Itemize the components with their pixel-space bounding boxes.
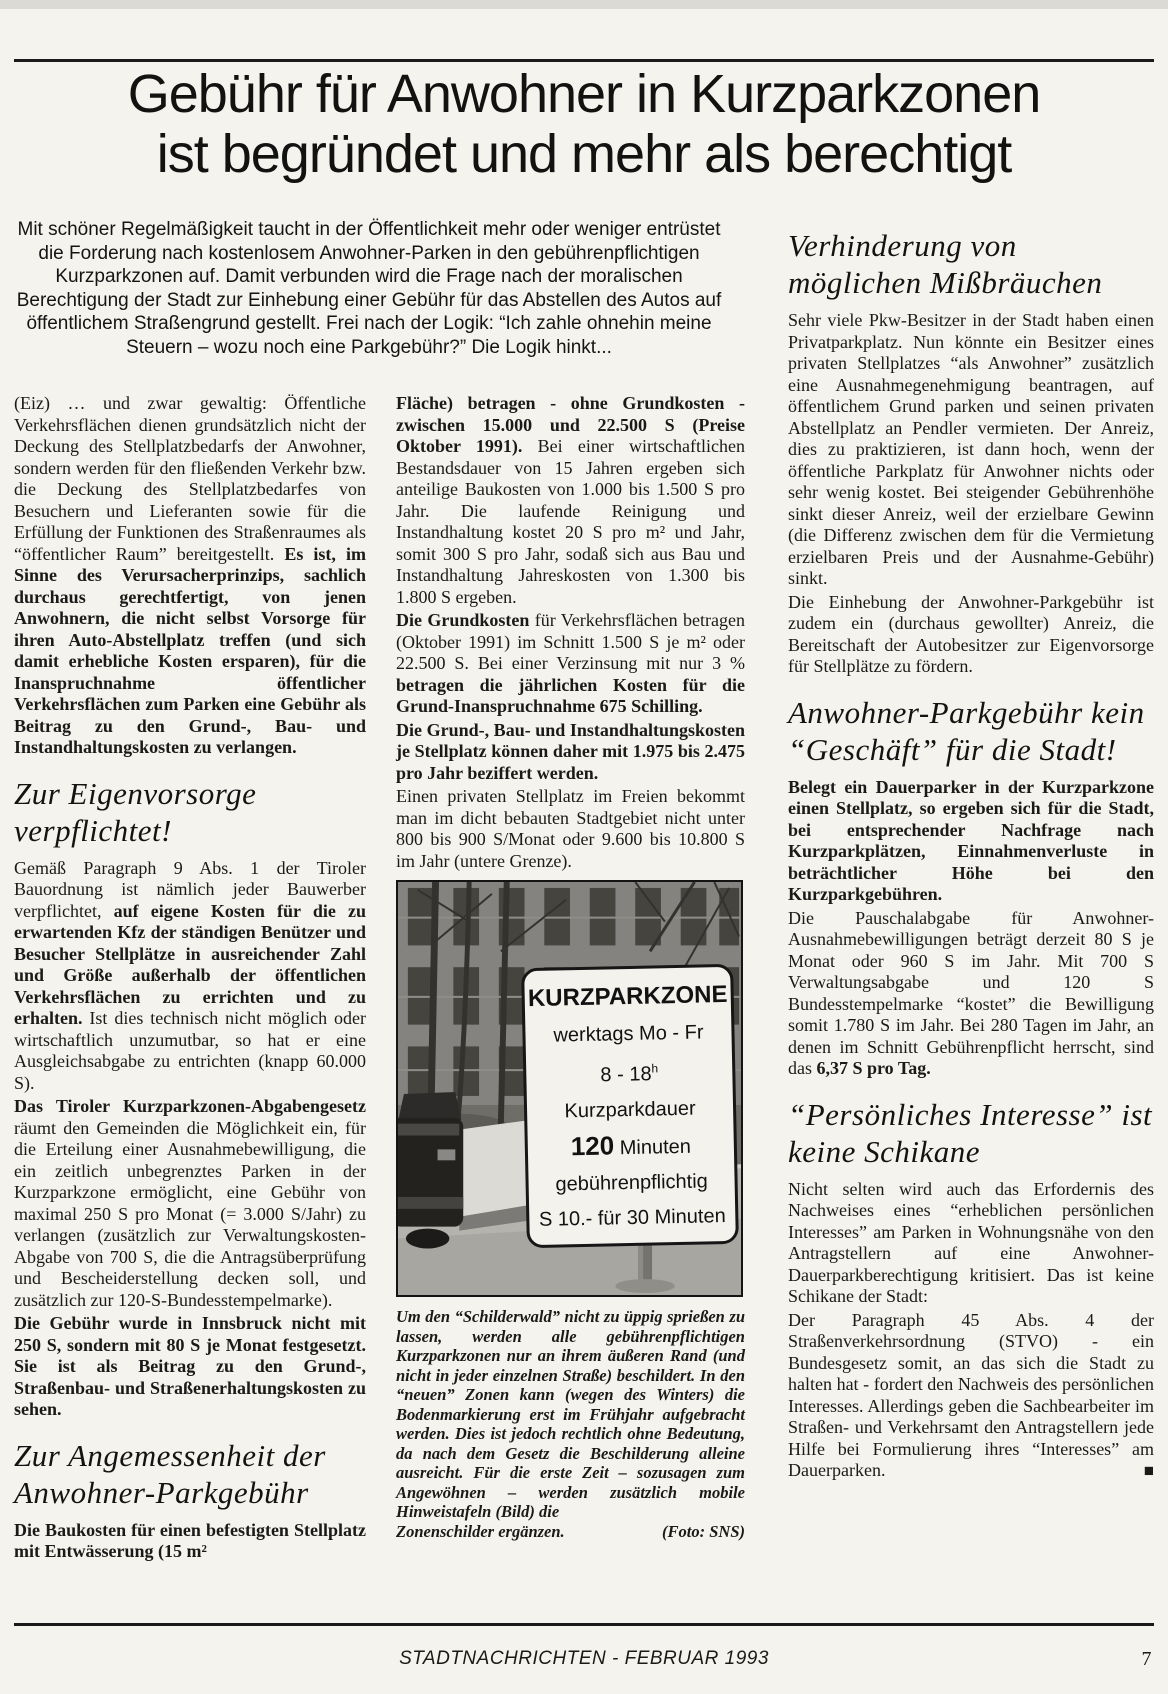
paragraph: Der Paragraph 45 Abs. 4 der Straßenverke… [788, 1310, 1154, 1482]
paragraph: Die Einhebung der Anwohner-Parkgebühr is… [788, 592, 1154, 678]
paragraph: Die Gebühr wurde in Innsbruck nicht mit … [14, 1313, 366, 1421]
section-heading: Anwohner-Parkgebühr kein “Geschäft” für … [788, 694, 1154, 768]
photo-caption-last-line: Zonenschilder ergänzen. (Foto: SNS) [396, 1522, 745, 1542]
paragraph: Fläche) betragen - ohne Grundkosten - zw… [396, 393, 745, 608]
paragraph: Die Grund-, Bau- und Instandhaltungskost… [396, 720, 745, 785]
scan-edge-band [0, 0, 1168, 9]
sign-weekdays: werktags Mo - Fr [525, 1015, 732, 1054]
paragraph: Das Tiroler Kurzparkzonen-Abgabengesetz … [14, 1096, 366, 1311]
paragraph: (Eiz) … und zwar gewaltig: Öffentliche V… [14, 393, 366, 759]
paragraph: Die Baukosten für einen befestigten Stel… [14, 1520, 366, 1563]
paragraph: Nicht selten wird auch das Erfordernis d… [788, 1179, 1154, 1308]
column-right: Verhinderung von möglichen MißbräuchenSe… [788, 227, 1154, 1484]
column-middle-text: Fläche) betragen - ohne Grundkosten - zw… [396, 393, 745, 872]
paragraph: Gemäß Paragraph 9 Abs. 1 der Tiroler Bau… [14, 858, 366, 1095]
journal-name: STADTNACHRICHTEN - FEBRUAR 1993 [399, 1648, 769, 1669]
column-left: (Eiz) … und zwar gewaltig: Öffentliche V… [14, 393, 366, 1565]
photo-caption-end: Zonenschilder ergänzen. [396, 1522, 565, 1542]
paragraph: Einen privaten Stellplatz im Freien beko… [396, 786, 745, 872]
section-heading: Zur Eigenvorsorge verpflichtet! [14, 775, 366, 849]
page-number: 7 [1142, 1648, 1153, 1671]
sign-hours: 8 - 18h [526, 1050, 733, 1095]
headline-line-1: Gebühr für Anwohner in Kurzparkzonen [0, 64, 1168, 124]
newspaper-page: Gebühr für Anwohner in Kurzparkzonen ist… [0, 0, 1168, 1694]
column-middle: Fläche) betragen - ohne Grundkosten - zw… [396, 393, 745, 1541]
article-photo: KURZPARKZONE werktags Mo - Fr 8 - 18h Ku… [396, 880, 743, 1297]
section-heading: Zur Angemessenheit der Anwohner-Parkgebü… [14, 1437, 366, 1511]
footer-rule [14, 1623, 1154, 1626]
page-footer: STADTNACHRICHTEN - FEBRUAR 1993 7 [0, 1648, 1168, 1670]
paragraph: Die Grundkosten für Verkehrsflächen betr… [396, 610, 745, 718]
headline-line-2: ist begründet und mehr als berechtigt [0, 124, 1168, 184]
sign-title: KURZPARKZONE [524, 980, 731, 1014]
paragraph: Die Pauschalabgabe für Anwohner-Ausnahme… [788, 908, 1154, 1080]
photo-caption: Um den “Schilderwald” nicht zu üppig spr… [396, 1307, 745, 1522]
article-headline: Gebühr für Anwohner in Kurzparkzonen ist… [0, 64, 1168, 184]
paragraph: Sehr viele Pkw-Besitzer in der Stadt hab… [788, 310, 1154, 590]
sign-fee-value: S 10.- für 30 Minuten [529, 1198, 736, 1237]
sign-duration-value: 120 Minuten [527, 1125, 734, 1167]
photo-credit: (Foto: SNS) [662, 1522, 745, 1542]
section-heading: “Persönliches Interesse” ist keine Schik… [788, 1096, 1154, 1170]
top-rule [14, 59, 1154, 62]
article-lead: Mit schöner Regelmäßigkeit taucht in der… [16, 218, 722, 359]
sign-fee-label: gebührenpflichtig [528, 1163, 735, 1202]
end-of-article-marker: ■ [1144, 1460, 1154, 1481]
sign-duration-label: Kurzparkdauer [527, 1091, 734, 1130]
kurzparkzone-sign: KURZPARKZONE werktags Mo - Fr 8 - 18h Ku… [521, 964, 739, 1248]
section-heading: Verhinderung von möglichen Mißbräuchen [788, 227, 1154, 301]
paragraph: Belegt ein Dauerparker in der Kurzparkzo… [788, 777, 1154, 906]
